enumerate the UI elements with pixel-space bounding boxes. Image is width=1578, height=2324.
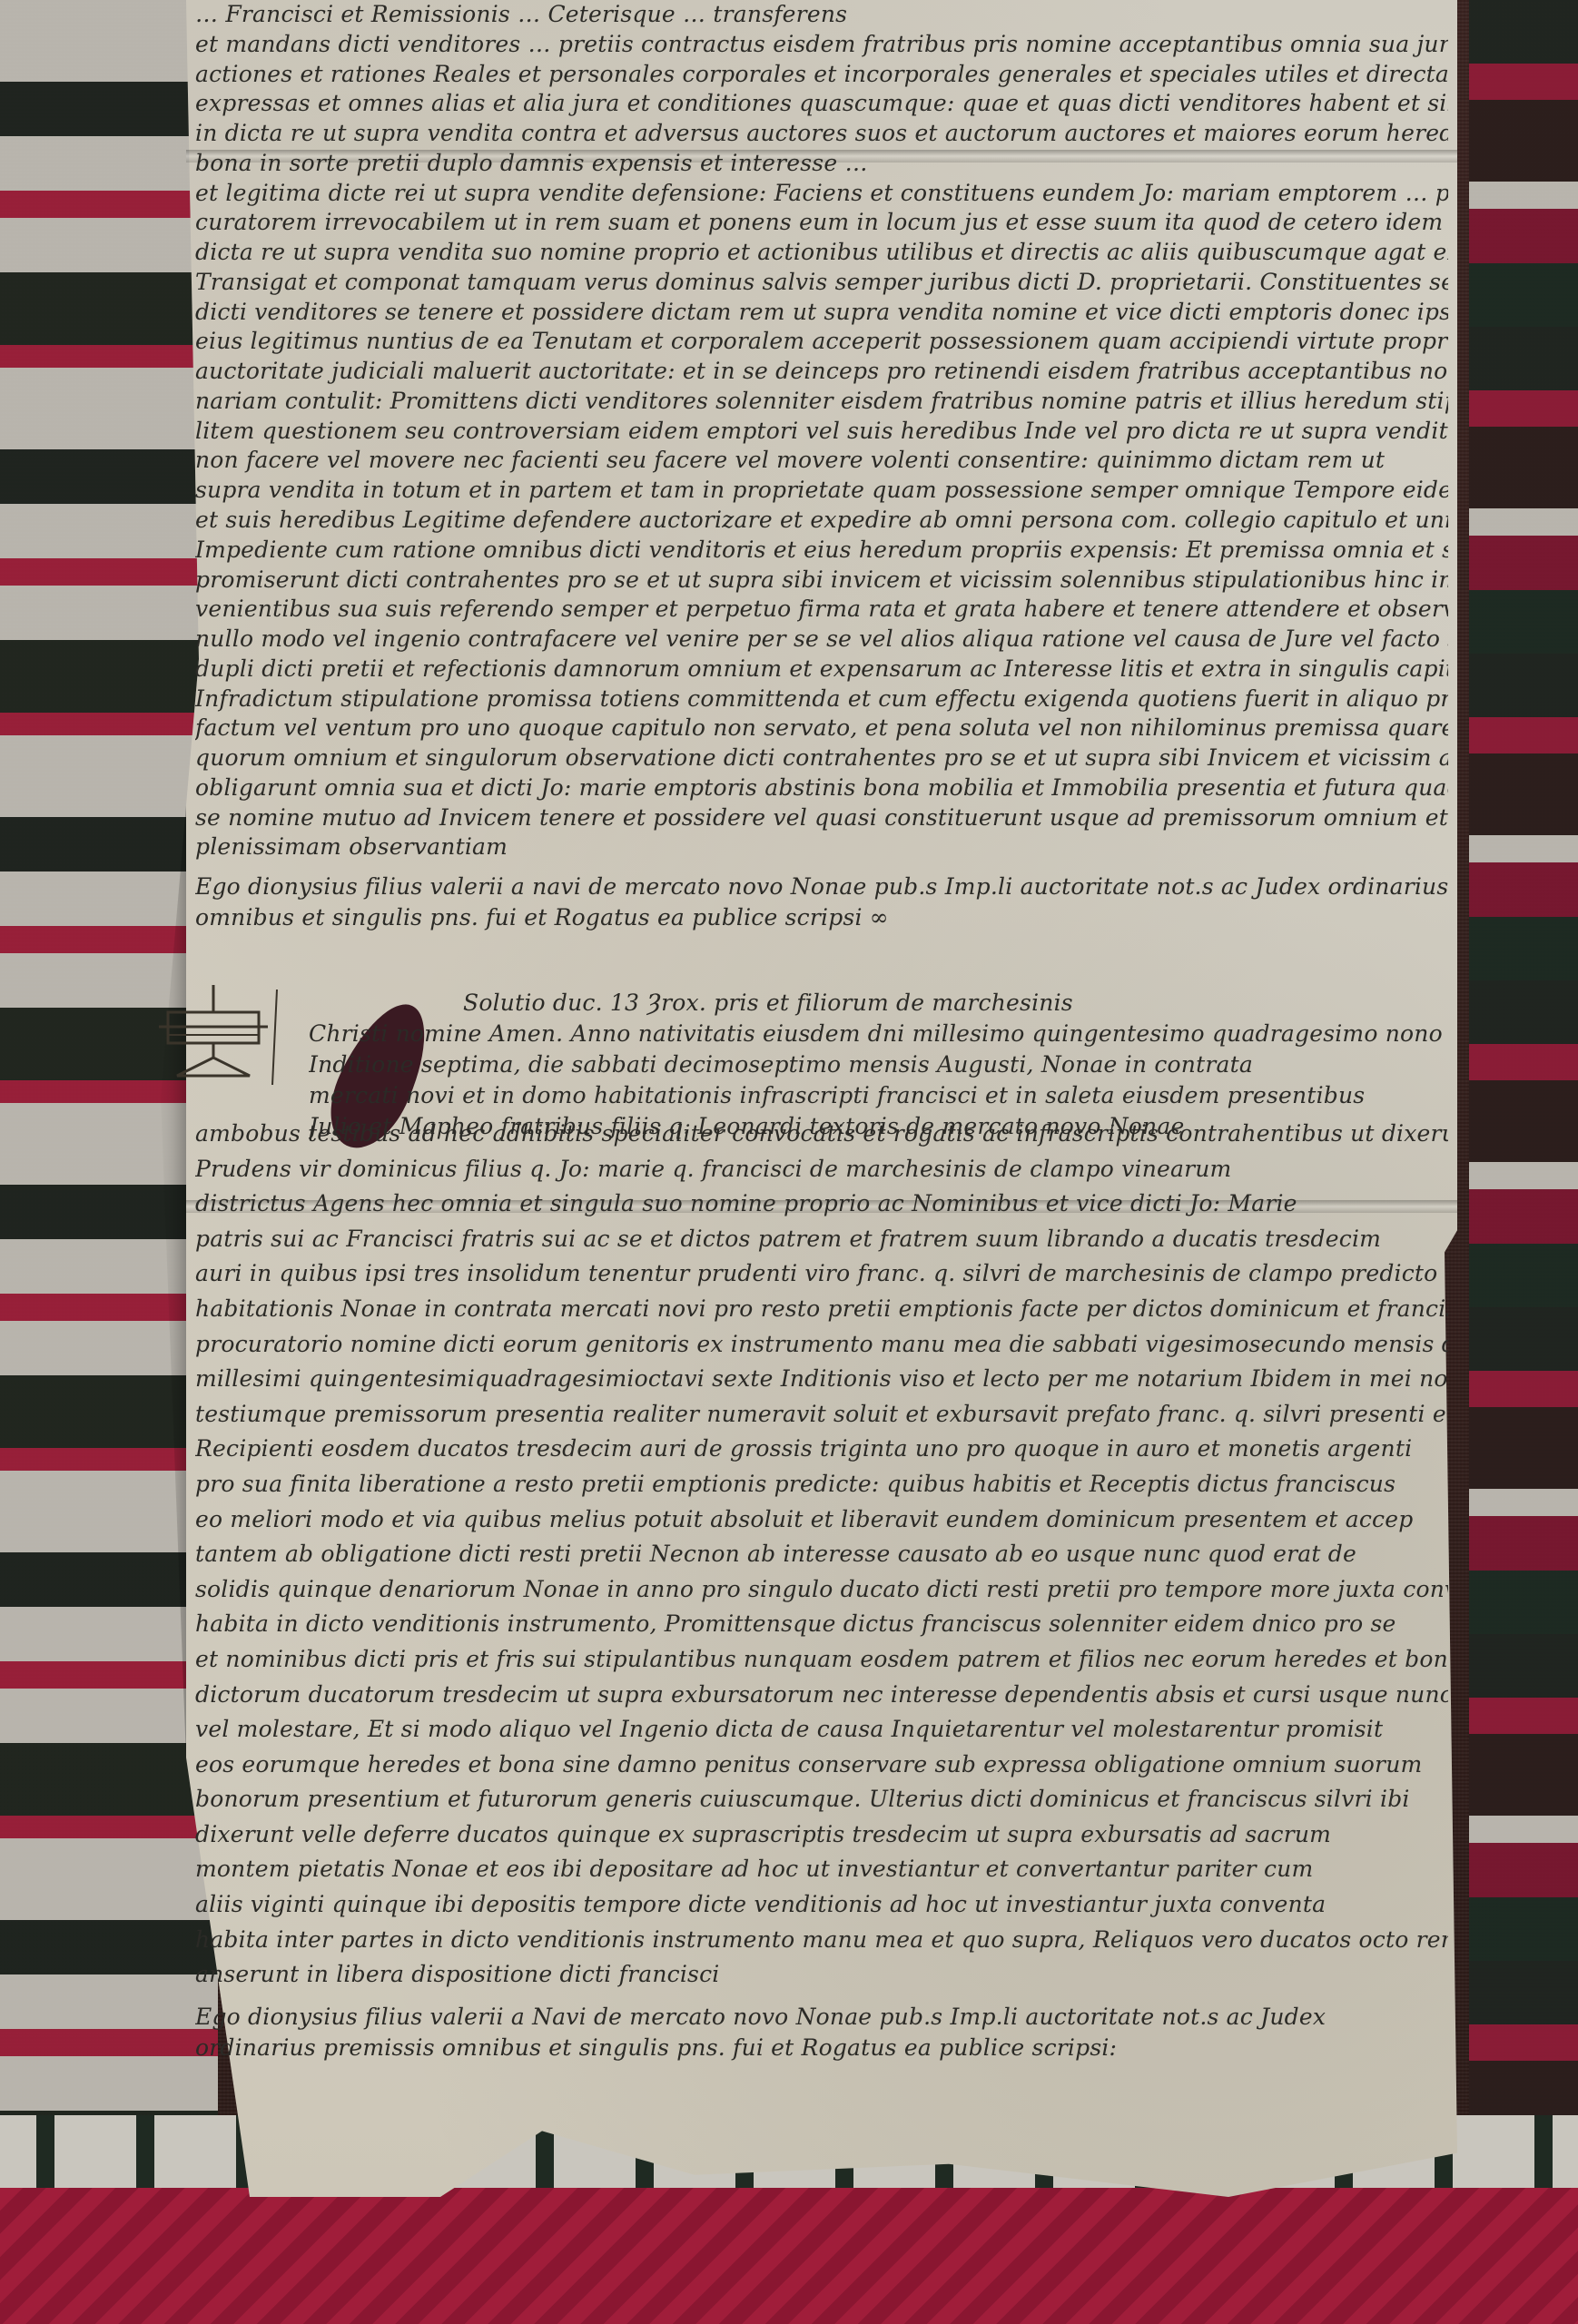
manuscript-line: obligarunt omnia sua et dicti Jo: marie … [195,773,1448,803]
manuscript-line: Inditione septima, die sabbati decimosep… [309,1049,1444,1080]
manuscript-line: factum vel ventum pro uno quoque capitul… [195,714,1448,743]
textile-bottom-red-band [0,2188,1578,2324]
manuscript-line: ambobus testibus ad hec adhibitis specia… [195,1117,1448,1152]
manuscript-line: Ego dionysius filius valerii a navi de m… [195,871,1448,902]
manuscript-line: nariam contulit: Promittens dicti vendit… [195,387,1448,417]
manuscript-line: ordinarius premissis omnibus et singulis… [195,2033,1448,2063]
manuscript-line: millesimi quingentesimiquadragesimioctav… [195,1362,1448,1397]
manuscript-line: patris sui ac Francisci fratris sui ac s… [195,1222,1448,1257]
manuscript-line: se nomine mutuo ad Invicem tenere et pos… [195,803,1448,833]
notary-subscription-1: Ego dionysius filius valerii a navi de m… [195,871,1448,933]
manuscript-line: non facere vel movere nec facienti seu f… [195,446,1448,476]
manuscript-line: auri in quibus ipsi tres insolidum tenen… [195,1256,1448,1292]
manuscript-line: quorum omnium et singulorum observatione… [195,743,1448,773]
manuscript-line: Ego dionysius filius valerii a Navi de m… [195,2002,1448,2033]
manuscript-line: plenissimam observantiam [195,832,1448,862]
manuscript-line: bonorum presentium et futurorum generis … [195,1782,1448,1817]
manuscript-line: actiones et rationes Reales et personale… [195,60,1448,90]
manuscript-line: Prudens vir dominicus filius q. Jo: mari… [195,1152,1448,1187]
manuscript-line: promiserunt dicti contrahentes pro se et… [195,566,1448,596]
manuscript-line: montem pietatis Nonae et eos ibi deposit… [195,1852,1448,1887]
manuscript-line: et legitima dicte rei ut supra vendite d… [195,179,1448,209]
manuscript-line: bona in sorte pretii duplo damnis expens… [195,149,1448,179]
manuscript-line: eos eorumque heredes et bona sine damno … [195,1748,1448,1783]
manuscript-line: dixerunt velle deferre ducatos quinque e… [195,1817,1448,1853]
manuscript-line: nullo modo vel ingenio contrafacere vel … [195,625,1448,655]
manuscript-line: et suis heredibus Legitime defendere auc… [195,506,1448,536]
manuscript-line: litem questionem seu controversiam eidem… [195,417,1448,447]
manuscript-line: Transigat et componat tamquam verus domi… [195,268,1448,298]
deed-body-2: ambobus testibus ad hec adhibitis specia… [195,1117,1448,1993]
notary-subscription-2: Ego dionysius filius valerii a Navi de m… [195,2002,1448,2063]
manuscript-line: dictorum ducatorum tresdecim ut supra ex… [195,1678,1448,1713]
manuscript-line: Infradictum stipulatione promissa totien… [195,684,1448,714]
manuscript-line: habita in dicto venditionis instrumento,… [195,1607,1448,1642]
notarial-signum-icon [159,985,286,1085]
manuscript-line: … Francisci et Remissionis … Ceterisque … [195,0,1448,30]
manuscript-line: dicta re ut supra vendita suo nomine pro… [195,238,1448,268]
manuscript-line: districtus Agens hec omnia et singula su… [195,1187,1448,1222]
manuscript-line: solidis quinque denariorum Nonae in anno… [195,1572,1448,1608]
manuscript-line: dicti venditores se tenere et possidere … [195,298,1448,328]
manuscript-line: supra vendita in totum et in partem et t… [195,476,1448,506]
manuscript-line: Recipienti eosdem ducatos tresdecim auri… [195,1432,1448,1467]
heading-line: Solutio duc. 13 Ȝrox. pris et filiorum d… [309,988,1444,1019]
textile-left-border [0,0,218,2324]
manuscript-line: omnibus et singulis pns. fui et Rogatus … [195,902,1448,933]
manuscript-line: procuratorio nomine dicti eorum genitori… [195,1327,1448,1363]
manuscript-line: habita inter partes in dicto venditionis… [195,1923,1448,1958]
manuscript-line: venientibus sua suis referendo semper et… [195,595,1448,625]
manuscript-line: eo meliori modo et via quibus melius pot… [195,1502,1448,1538]
deed-body-1: … Francisci et Remissionis … Ceterisque … [195,0,1448,862]
manuscript-line: anserunt in libera dispositione dicti fr… [195,1957,1448,1993]
manuscript-line: Impediente cum ratione omnibus dicti ven… [195,536,1448,566]
manuscript-line: dupli dicti pretii et refectionis damnor… [195,655,1448,684]
manuscript-line: Christi nomine Amen. Anno nativitatis ei… [309,1019,1444,1049]
manuscript-line: eius legitimus nuntius de ea Tenutam et … [195,327,1448,357]
manuscript-line: pro sua finita liberatione a resto preti… [195,1467,1448,1502]
manuscript-line: et nominibus dicti pris et fris sui stip… [195,1642,1448,1678]
manuscript-line: et mandans dicti venditores … pretiis co… [195,30,1448,60]
manuscript-line: aliis viginti quinque ibi depositis temp… [195,1887,1448,1923]
manuscript-line: expressas et omnes alias et alia jura et… [195,89,1448,119]
manuscript-line: habitationis Nonae in contrata mercati n… [195,1292,1448,1327]
manuscript-line: vel molestare, Et si modo aliquo vel Ing… [195,1712,1448,1748]
manuscript-line: curatorem irrevocabilem ut in rem suam e… [195,208,1448,238]
manuscript-line: testiumque premissorum presentia realite… [195,1397,1448,1433]
manuscript-line: auctoritate judiciali maluerit auctorita… [195,357,1448,387]
manuscript-line: in dicta re ut supra vendita contra et a… [195,119,1448,149]
textile-right-border [1469,0,1578,2324]
manuscript-line: tantem ab obligatione dicti resti pretii… [195,1537,1448,1572]
manuscript-line: mercati novi et in domo habitationis inf… [309,1080,1444,1111]
